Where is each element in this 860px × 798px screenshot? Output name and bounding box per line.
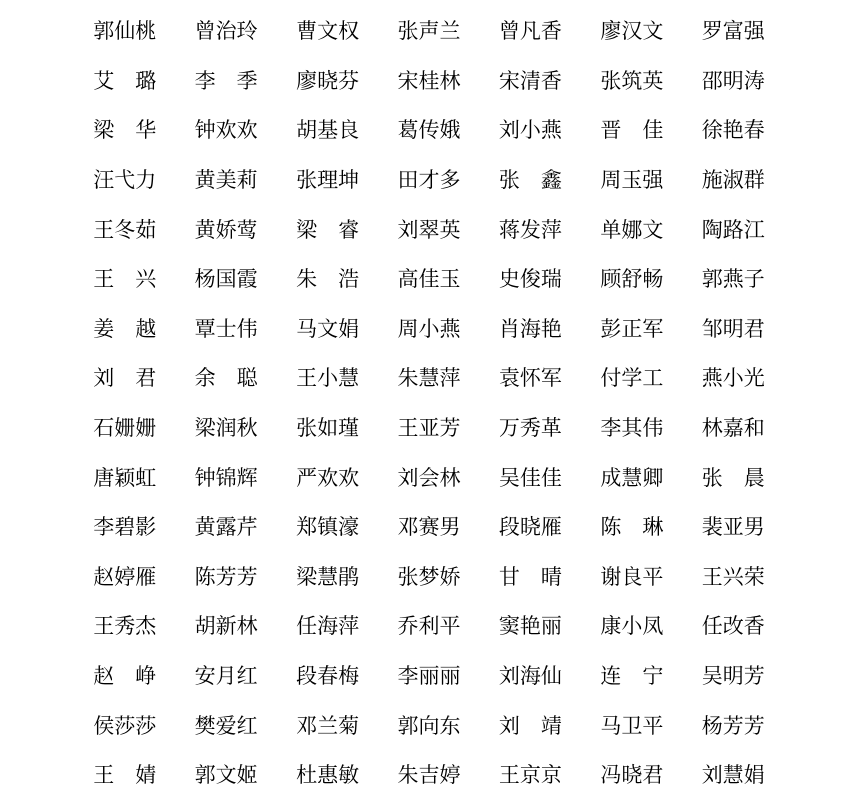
- person-name: 安月红: [195, 666, 258, 687]
- name-cell: 侯莎莎: [93, 716, 156, 737]
- name-cell: 覃士伟: [195, 319, 258, 340]
- person-name: 张筑英: [600, 71, 663, 92]
- name-cell: 李季: [195, 71, 258, 92]
- name-cell: 胡基良: [296, 120, 359, 141]
- name-cell: 李丽丽: [397, 666, 460, 687]
- name-cell: 段晓雁: [499, 517, 562, 538]
- name-cell: 任海萍: [296, 616, 359, 637]
- name-cell: 钟欢欢: [195, 120, 258, 141]
- name-cell: 王婧: [93, 765, 156, 786]
- name-cell: 史俊瑞: [499, 269, 562, 290]
- name-cell: 李其伟: [600, 418, 663, 439]
- person-name: 吴明芳: [702, 666, 765, 687]
- name-cell: 袁怀军: [499, 368, 562, 389]
- name-cell: 陈芳芳: [195, 567, 258, 588]
- person-name: 廖汉文: [600, 21, 663, 42]
- person-name: 刘海仙: [499, 666, 562, 687]
- name-cell: 黄娇莺: [195, 220, 258, 241]
- name-cell: 任改香: [702, 616, 765, 637]
- person-name: 李季: [195, 71, 258, 92]
- name-cell: 吴佳佳: [499, 468, 562, 489]
- name-cell: 燕小光: [702, 368, 765, 389]
- name-cell: 连宁: [600, 666, 663, 687]
- person-name: 甘晴: [499, 567, 562, 588]
- person-name: 梁华: [93, 120, 156, 141]
- name-cell: 蒋发萍: [499, 220, 562, 241]
- person-name: 姜越: [93, 319, 156, 340]
- person-name: 康小凤: [600, 616, 663, 637]
- name-cell: 廖汉文: [600, 21, 663, 42]
- name-cell: 杨国霞: [195, 269, 258, 290]
- name-cell: 曾治玲: [195, 21, 258, 42]
- name-cell: 马卫平: [600, 716, 663, 737]
- name-cell: 张筑英: [600, 71, 663, 92]
- name-cell: 胡新林: [195, 616, 258, 637]
- name-cell: 郑镇濠: [296, 517, 359, 538]
- name-cell: 冯晓君: [600, 765, 663, 786]
- person-name: 周小燕: [397, 319, 460, 340]
- person-name: 周玉强: [600, 170, 663, 191]
- name-cell: 邹明君: [702, 319, 765, 340]
- person-name: 罗富强: [702, 21, 765, 42]
- person-name: 侯莎莎: [93, 716, 156, 737]
- name-cell: 郭文姬: [195, 765, 258, 786]
- name-cell: 甘晴: [499, 567, 562, 588]
- name-cell: 梁华: [93, 120, 156, 141]
- person-name: 廖晓芬: [296, 71, 359, 92]
- name-cell: 邓赛男: [397, 517, 460, 538]
- name-cell: 宋清香: [499, 71, 562, 92]
- person-name: 王京京: [499, 765, 562, 786]
- person-name: 高佳玉: [397, 269, 460, 290]
- name-cell: 刘君: [93, 368, 156, 389]
- person-name: 余聪: [195, 368, 258, 389]
- name-cell: 刘靖: [499, 716, 562, 737]
- person-name: 石姗姗: [93, 418, 156, 439]
- person-name: 张鑫: [499, 170, 562, 191]
- name-cell: 艾璐: [93, 71, 156, 92]
- name-cell: 付学工: [600, 368, 663, 389]
- name-cell: 窦艳丽: [499, 616, 562, 637]
- person-name: 张如瑾: [296, 418, 359, 439]
- person-name: 黄娇莺: [195, 220, 258, 241]
- person-name: 晋佳: [600, 120, 663, 141]
- name-cell: 晋佳: [600, 120, 663, 141]
- name-cell: 王兴荣: [702, 567, 765, 588]
- name-cell: 陈琳: [600, 517, 663, 538]
- person-name: 赵峥: [93, 666, 156, 687]
- name-cell: 刘小燕: [499, 120, 562, 141]
- name-cell: 吴明芳: [702, 666, 765, 687]
- person-name: 施淑群: [702, 170, 765, 191]
- name-cell: 严欢欢: [296, 468, 359, 489]
- person-name: 段春梅: [296, 666, 359, 687]
- name-cell: 林嘉和: [702, 418, 765, 439]
- person-name: 连宁: [600, 666, 663, 687]
- person-name: 燕小光: [702, 368, 765, 389]
- name-cell: 王冬茹: [93, 220, 156, 241]
- name-cell: 唐颖虹: [93, 468, 156, 489]
- person-name: 刘小燕: [499, 120, 562, 141]
- name-cell: 安月红: [195, 666, 258, 687]
- person-name: 梁睿: [296, 220, 359, 241]
- person-name: 邹明君: [702, 319, 765, 340]
- person-name: 李丽丽: [397, 666, 460, 687]
- person-name: 汪弋力: [93, 170, 156, 191]
- person-name: 朱慧萍: [397, 368, 460, 389]
- name-cell: 成慧卿: [600, 468, 663, 489]
- name-cell: 周小燕: [397, 319, 460, 340]
- name-cell: 石姗姗: [93, 418, 156, 439]
- person-name: 谢良平: [600, 567, 663, 588]
- person-name: 郑镇濠: [296, 517, 359, 538]
- name-cell: 王京京: [499, 765, 562, 786]
- name-cell: 赵婷雁: [93, 567, 156, 588]
- person-name: 郭向东: [397, 716, 460, 737]
- person-name: 田才多: [397, 170, 460, 191]
- person-name: 曾治玲: [195, 21, 258, 42]
- person-name: 陈芳芳: [195, 567, 258, 588]
- person-name: 付学工: [600, 368, 663, 389]
- person-name: 邵明涛: [702, 71, 765, 92]
- name-cell: 王秀杰: [93, 616, 156, 637]
- name-cell: 万秀革: [499, 418, 562, 439]
- name-cell: 张晨: [702, 468, 765, 489]
- person-name: 唐颖虹: [93, 468, 156, 489]
- person-name: 杨芳芳: [702, 716, 765, 737]
- name-cell: 赵峥: [93, 666, 156, 687]
- name-cell: 曾凡香: [499, 21, 562, 42]
- person-name: 冯晓君: [600, 765, 663, 786]
- person-name: 黄露芹: [195, 517, 258, 538]
- person-name: 袁怀军: [499, 368, 562, 389]
- name-cell: 段春梅: [296, 666, 359, 687]
- name-cell: 余聪: [195, 368, 258, 389]
- name-cell: 汪弋力: [93, 170, 156, 191]
- name-cell: 单娜文: [600, 220, 663, 241]
- name-cell: 曹文权: [296, 21, 359, 42]
- person-name: 王亚芳: [397, 418, 460, 439]
- name-cell: 陶路江: [702, 220, 765, 241]
- person-name: 朱浩: [296, 269, 359, 290]
- person-name: 段晓雁: [499, 517, 562, 538]
- person-name: 王兴: [93, 269, 156, 290]
- name-cell: 郭向东: [397, 716, 460, 737]
- name-cell: 邓兰菊: [296, 716, 359, 737]
- name-cell: 朱浩: [296, 269, 359, 290]
- person-name: 梁润秋: [195, 418, 258, 439]
- person-name: 钟锦辉: [195, 468, 258, 489]
- name-cell: 乔利平: [397, 616, 460, 637]
- name-cell: 郭仙桃: [93, 21, 156, 42]
- person-name: 刘慧娟: [702, 765, 765, 786]
- person-name: 陈琳: [600, 517, 663, 538]
- name-cell: 朱吉婷: [397, 765, 460, 786]
- name-cell: 樊爱红: [195, 716, 258, 737]
- name-cell: 杨芳芳: [702, 716, 765, 737]
- person-name: 覃士伟: [195, 319, 258, 340]
- name-cell: 杜惠敏: [296, 765, 359, 786]
- person-name: 刘会林: [397, 468, 460, 489]
- name-cell: 裴亚男: [702, 517, 765, 538]
- person-name: 赵婷雁: [93, 567, 156, 588]
- person-name: 钟欢欢: [195, 120, 258, 141]
- person-name: 吴佳佳: [499, 468, 562, 489]
- name-cell: 马文娟: [296, 319, 359, 340]
- person-name: 宋清香: [499, 71, 562, 92]
- name-cell: 张梦娇: [397, 567, 460, 588]
- name-cell: 肖海艳: [499, 319, 562, 340]
- person-name: 郭燕子: [702, 269, 765, 290]
- name-cell: 罗富强: [702, 21, 765, 42]
- name-list-page: 郭仙桃曾治玲曹文权张声兰曾凡香廖汉文罗富强艾璐李季廖晓芬宋桂林宋清香张筑英邵明涛…: [0, 0, 860, 798]
- name-cell: 王小慧: [296, 368, 359, 389]
- person-name: 任海萍: [296, 616, 359, 637]
- person-name: 胡新林: [195, 616, 258, 637]
- person-name: 蒋发萍: [499, 220, 562, 241]
- name-cell: 谢良平: [600, 567, 663, 588]
- person-name: 林嘉和: [702, 418, 765, 439]
- name-cell: 张声兰: [397, 21, 460, 42]
- name-cell: 施淑群: [702, 170, 765, 191]
- name-cell: 姜越: [93, 319, 156, 340]
- person-name: 李其伟: [600, 418, 663, 439]
- name-cell: 彭正军: [600, 319, 663, 340]
- name-cell: 周玉强: [600, 170, 663, 191]
- person-name: 杨国霞: [195, 269, 258, 290]
- person-name: 马卫平: [600, 716, 663, 737]
- name-cell: 钟锦辉: [195, 468, 258, 489]
- person-name: 刘君: [93, 368, 156, 389]
- person-name: 曾凡香: [499, 21, 562, 42]
- person-name: 王兴荣: [702, 567, 765, 588]
- name-cell: 张理坤: [296, 170, 359, 191]
- person-name: 窦艳丽: [499, 616, 562, 637]
- name-cell: 张鑫: [499, 170, 562, 191]
- person-name: 张声兰: [397, 21, 460, 42]
- person-name: 邓赛男: [397, 517, 460, 538]
- person-name: 王秀杰: [93, 616, 156, 637]
- person-name: 万秀革: [499, 418, 562, 439]
- person-name: 徐艳春: [702, 120, 765, 141]
- name-cell: 张如瑾: [296, 418, 359, 439]
- person-name: 郭文姬: [195, 765, 258, 786]
- name-cell: 李碧影: [93, 517, 156, 538]
- name-cell: 刘会林: [397, 468, 460, 489]
- person-name: 刘靖: [499, 716, 562, 737]
- name-cell: 田才多: [397, 170, 460, 191]
- person-name: 单娜文: [600, 220, 663, 241]
- name-grid: 郭仙桃曾治玲曹文权张声兰曾凡香廖汉文罗富强艾璐李季廖晓芬宋桂林宋清香张筑英邵明涛…: [0, 0, 860, 798]
- name-cell: 康小凤: [600, 616, 663, 637]
- person-name: 严欢欢: [296, 468, 359, 489]
- name-cell: 刘慧娟: [702, 765, 765, 786]
- person-name: 葛传娥: [397, 120, 460, 141]
- person-name: 胡基良: [296, 120, 359, 141]
- name-cell: 王亚芳: [397, 418, 460, 439]
- person-name: 张晨: [702, 468, 765, 489]
- person-name: 郭仙桃: [93, 21, 156, 42]
- person-name: 梁慧鹃: [296, 567, 359, 588]
- person-name: 樊爱红: [195, 716, 258, 737]
- name-cell: 梁睿: [296, 220, 359, 241]
- name-cell: 刘翠英: [397, 220, 460, 241]
- person-name: 艾璐: [93, 71, 156, 92]
- person-name: 肖海艳: [499, 319, 562, 340]
- name-cell: 黄露芹: [195, 517, 258, 538]
- name-cell: 高佳玉: [397, 269, 460, 290]
- name-cell: 宋桂林: [397, 71, 460, 92]
- person-name: 李碧影: [93, 517, 156, 538]
- name-cell: 梁润秋: [195, 418, 258, 439]
- person-name: 王冬茹: [93, 220, 156, 241]
- person-name: 王婧: [93, 765, 156, 786]
- person-name: 顾舒畅: [600, 269, 663, 290]
- person-name: 乔利平: [397, 616, 460, 637]
- person-name: 陶路江: [702, 220, 765, 241]
- person-name: 张理坤: [296, 170, 359, 191]
- name-cell: 葛传娥: [397, 120, 460, 141]
- person-name: 杜惠敏: [296, 765, 359, 786]
- person-name: 邓兰菊: [296, 716, 359, 737]
- person-name: 成慧卿: [600, 468, 663, 489]
- name-cell: 王兴: [93, 269, 156, 290]
- name-cell: 邵明涛: [702, 71, 765, 92]
- person-name: 张梦娇: [397, 567, 460, 588]
- name-cell: 顾舒畅: [600, 269, 663, 290]
- person-name: 彭正军: [600, 319, 663, 340]
- person-name: 刘翠英: [397, 220, 460, 241]
- name-cell: 徐艳春: [702, 120, 765, 141]
- name-cell: 郭燕子: [702, 269, 765, 290]
- name-cell: 梁慧鹃: [296, 567, 359, 588]
- person-name: 曹文权: [296, 21, 359, 42]
- person-name: 宋桂林: [397, 71, 460, 92]
- name-cell: 朱慧萍: [397, 368, 460, 389]
- person-name: 史俊瑞: [499, 269, 562, 290]
- person-name: 任改香: [702, 616, 765, 637]
- name-cell: 刘海仙: [499, 666, 562, 687]
- person-name: 马文娟: [296, 319, 359, 340]
- person-name: 黄美莉: [195, 170, 258, 191]
- name-cell: 黄美莉: [195, 170, 258, 191]
- person-name: 王小慧: [296, 368, 359, 389]
- person-name: 裴亚男: [702, 517, 765, 538]
- name-cell: 廖晓芬: [296, 71, 359, 92]
- person-name: 朱吉婷: [397, 765, 460, 786]
